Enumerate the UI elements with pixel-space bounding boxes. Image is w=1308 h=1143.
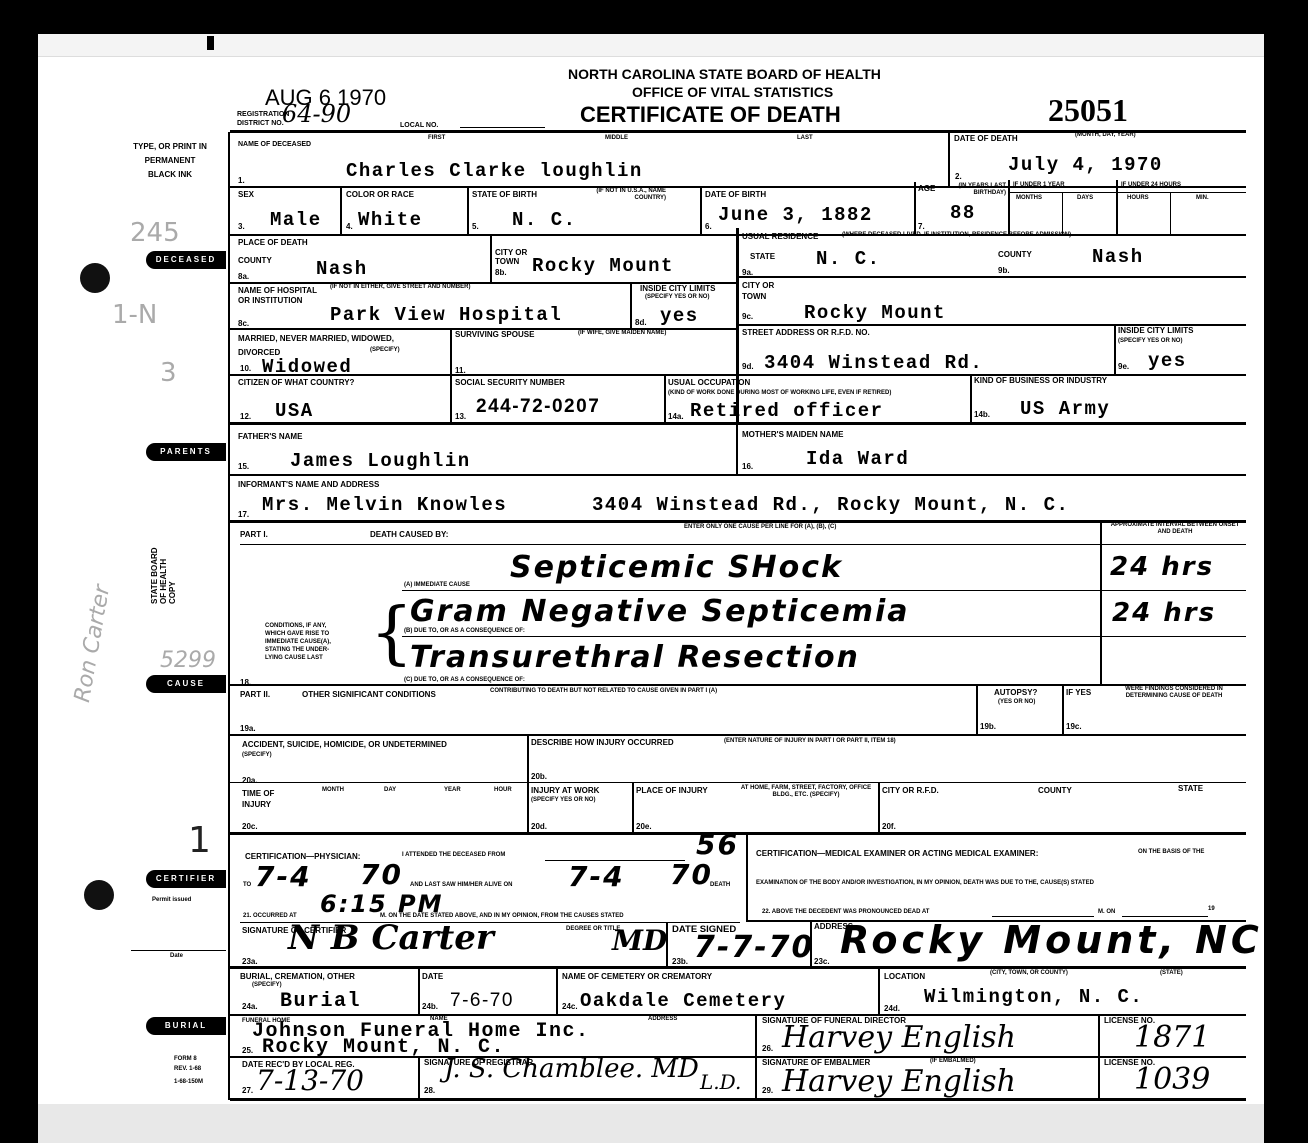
registrar-signature: J. S. Chamblee. MD [444, 1054, 699, 1084]
conditions-line: LYING CAUSE LAST [265, 654, 331, 662]
injury-county-label: COUNTY [1038, 786, 1072, 795]
mother-label: MOTHER'S MAIDEN NAME [742, 430, 843, 439]
cemetery-location: Wilmington, N. C. [924, 986, 1143, 1008]
industry-label: KIND OF BUSINESS OR INDUSTRY [974, 376, 1107, 385]
item-number: 16. [742, 462, 753, 471]
industry-value: US Army [1020, 398, 1110, 420]
conditions-line: WHICH GAVE RISE TO [265, 630, 331, 638]
res-city-label: CITY OR TOWN [742, 280, 782, 302]
item-number: 9d. [742, 362, 754, 371]
death-label: DEATH [710, 882, 730, 889]
attended-from-year: 56 [696, 828, 739, 861]
father-label: FATHER'S NAME [238, 432, 302, 441]
ink-instruction-line: BLACK INK [120, 168, 220, 182]
date-received: 7-13-70 [256, 1064, 364, 1097]
race-label: COLOR OR RACE [346, 190, 414, 199]
residence-city: Rocky Mount [804, 302, 946, 324]
other-conditions-label: OTHER SIGNIFICANT CONDITIONS [302, 690, 436, 699]
item-number: 25. [242, 1046, 253, 1055]
residence-county: Nash [1092, 246, 1144, 268]
age-label: AGE [918, 184, 935, 193]
row-line [402, 636, 1246, 637]
divider [700, 188, 702, 234]
cause-a: Septicemic SHock [510, 550, 843, 585]
row-line [230, 1014, 1246, 1016]
residence-street: 3404 Winstead Rd. [764, 352, 983, 374]
divider [490, 236, 492, 284]
ink-instruction-line: PERMANENT [120, 154, 220, 168]
item-number: 24b. [422, 1002, 438, 1011]
place-of-injury-hint: AT HOME, FARM, STREET, FACTORY, OFFICE B… [736, 785, 876, 799]
middle-label: MIDDLE [605, 135, 628, 142]
date-signed: 7-7-70 [694, 930, 814, 965]
cause-c: Transurethral Resection [410, 640, 860, 675]
row-line [1008, 192, 1246, 193]
divider [527, 734, 529, 834]
divider [746, 834, 748, 922]
divider [340, 188, 342, 234]
me-text-3: 22. ABOVE THE DECEDENT WAS PRONOUNCED DE… [762, 909, 929, 916]
time-col-hour: HOUR [494, 787, 512, 794]
cause-b: Gram Negative Septicemia [410, 594, 909, 629]
deceased-name: Charles Clarke loughlin [346, 160, 643, 182]
item-number: 23a. [242, 957, 258, 966]
divider [467, 188, 469, 234]
divider [948, 132, 950, 186]
autopsy-label: AUTOPSY? [994, 688, 1037, 697]
age-value: 88 [950, 202, 976, 224]
date-of-birth: June 3, 1882 [718, 204, 873, 226]
death-county: Nash [316, 258, 368, 280]
date-hint: (MONTH, DAY, YEAR) [1075, 132, 1136, 139]
permit-issued-label: Permit issued [152, 897, 191, 904]
interval-b: 24 hrs [1112, 598, 1216, 628]
city-label: CITY OR TOWN [495, 248, 535, 266]
pencil-note: 245 [130, 218, 180, 248]
tab-deceased: DECEASED [146, 251, 226, 269]
state-of-birth: N. C. [512, 209, 577, 231]
permit-date-line [131, 950, 226, 951]
item-number: 20d. [531, 822, 547, 831]
document-title: CERTIFICATE OF DEATH [580, 102, 841, 128]
item-number: 29. [762, 1086, 773, 1095]
item-number: 6. [705, 222, 712, 231]
cemetery-label: NAME OF CEMETERY OR CREMATORY [562, 972, 712, 981]
item-number: 19c. [1066, 722, 1082, 731]
item-number: 23c. [814, 957, 830, 966]
sex-label: SEX [238, 190, 254, 199]
item-number: 14b. [974, 410, 990, 419]
disposition-value: Burial [280, 990, 361, 1013]
divider [878, 782, 880, 834]
divider [736, 424, 738, 474]
page-edge-strip [38, 34, 1264, 57]
divider [1062, 684, 1064, 734]
location-hint: (CITY, TOWN, OR COUNTY) [990, 970, 1068, 977]
form-info: FORM 8 REV. 1-68 1-68-150M [174, 1054, 203, 1087]
item-number: 8c. [238, 319, 249, 328]
item-number: 7. [918, 222, 925, 231]
part2-label: PART II. [240, 690, 270, 699]
describe-injury-label: DESCRIBE HOW INJURY OCCURRED [531, 738, 674, 747]
page-bottom-edge [38, 1104, 1264, 1143]
item-number: 24a. [242, 1002, 258, 1011]
location-state-label: (STATE) [1160, 970, 1183, 977]
pencil-note: 1-N [112, 300, 157, 330]
tab-certifier: CERTIFIER [146, 870, 226, 888]
autopsy-hint: (YES OR NO) [998, 699, 1035, 706]
office-name: OFFICE OF VITAL STATISTICS [632, 84, 833, 100]
citizen-value: USA [275, 400, 314, 422]
attended-to-date: 7-4 [255, 860, 312, 893]
item-number: 8a. [238, 272, 249, 281]
describe-injury-hint: (ENTER NATURE OF INJURY IN PART I OR PAR… [724, 738, 896, 745]
item-number: 28. [424, 1086, 435, 1095]
last-saw-label: AND LAST SAW HIM/HER ALIVE ON [410, 882, 512, 889]
divider [1008, 180, 1010, 234]
certificate-number: 25051 [1048, 92, 1128, 129]
agency-name: NORTH CAROLINA STATE BOARD OF HEALTH [568, 66, 881, 82]
death-caused-by-label: DEATH CAUSED BY: [370, 530, 448, 539]
res-state-label: STATE [750, 252, 775, 261]
date-of-birth-label: DATE OF BIRTH [705, 190, 766, 199]
row-line [230, 684, 1246, 686]
informant-label: INFORMANT'S NAME AND ADDRESS [238, 480, 379, 489]
hospital-label: NAME OF HOSPITAL OR INSTITUTION [238, 286, 318, 306]
conditions-line: STATING THE UNDER- [265, 646, 331, 654]
min-label: MIN. [1196, 195, 1209, 202]
divider [1114, 324, 1116, 374]
local-no-label: LOCAL NO. [400, 122, 438, 129]
row-line [738, 276, 1246, 278]
interval-a: 24 hrs [1110, 552, 1214, 582]
date-of-death: July 4, 1970 [1008, 154, 1163, 176]
time-of-injury-label: TIME OF INJURY [242, 788, 282, 810]
divider [418, 1056, 420, 1100]
father-name: James Loughlin [290, 450, 471, 472]
occupation-hint: (KIND OF WORK DONE DURING MOST OF WORKIN… [668, 390, 948, 397]
divider [666, 922, 668, 968]
item-number: 20f. [882, 822, 896, 831]
race-value: White [358, 209, 423, 231]
under-one-year-label: IF UNDER 1 YEAR [1013, 182, 1065, 189]
divider [1062, 192, 1063, 234]
death-inside-city: yes [660, 305, 699, 327]
row-line [230, 186, 1246, 188]
cemetery-name: Oakdale Cemetery [580, 990, 786, 1012]
res-inside-city-label: INSIDE CITY LIMITS [1118, 326, 1193, 335]
punch-hole [84, 880, 114, 910]
item-number: 9e. [1118, 362, 1129, 371]
months-label: MONTHS [1016, 195, 1042, 202]
occupation-value: Retired officer [690, 400, 884, 422]
registrar-suffix: L.D. [700, 1070, 741, 1094]
ink-instruction-line: TYPE, OR PRINT IN [120, 140, 220, 154]
residence-hint: (WHERE DECEASED LIVED. IF INSTITUTION, R… [842, 232, 1071, 239]
accident-hint: (SPECIFY) [242, 752, 272, 759]
row-line [230, 1056, 1246, 1058]
last-label: LAST [797, 135, 813, 142]
item-number: 8d. [635, 318, 647, 327]
death-city: Rocky Mount [532, 255, 674, 277]
ssn-value: 244-72-0207 [476, 396, 600, 418]
section-line [230, 422, 1246, 425]
mother-name: Ida Ward [806, 448, 909, 470]
residence-inside-city: yes [1148, 350, 1187, 372]
informant-address: 3404 Winstead Rd., Rocky Mount, N. C. [592, 494, 1069, 516]
item-number: 13. [455, 412, 466, 421]
ink-instruction: TYPE, OR PRINT IN PERMANENT BLACK INK [120, 140, 220, 182]
state-copy-line: COPY [168, 547, 177, 604]
state-copy-line: STATE BOARD [150, 547, 159, 604]
hours-label: HOURS [1127, 195, 1149, 202]
item-number: 3. [238, 222, 245, 231]
me-text-2: EXAMINATION OF THE BODY AND/OR INVESTIGA… [756, 880, 1094, 887]
if-yes-label: IF YES [1066, 688, 1091, 697]
informant-name: Mrs. Melvin Knowles [262, 494, 507, 516]
spouse-label: SURVIVING SPOUSE [455, 330, 534, 339]
frame-left-line [228, 132, 230, 1100]
item-number: 5. [472, 222, 479, 231]
attended-to-year: 70 [360, 858, 403, 891]
fill-line [992, 916, 1094, 917]
item-number: 12. [240, 412, 251, 421]
divider [970, 374, 972, 422]
state-copy-line: OF HEALTH [159, 547, 168, 604]
occupation-label: USUAL OCCUPATION [668, 378, 750, 387]
certifier-signature: N B Carter [288, 918, 494, 958]
marital-hint: (SPECIFY) [370, 347, 400, 354]
item-number: 24d. [884, 1004, 900, 1013]
item-number: 8b. [495, 268, 507, 277]
county-label: COUNTY [238, 256, 272, 265]
form-info-line: 1-68-150M [174, 1077, 203, 1087]
disposition-hint: (SPECIFY) [252, 982, 282, 989]
me-text-1: ON THE BASIS OF THE [1138, 849, 1204, 856]
me-cert-label: CERTIFICATION—MEDICAL EXAMINER OR ACTING… [756, 849, 1038, 858]
place-of-death-label: PLACE OF DEATH [238, 238, 308, 247]
director-signature: Harvey English [782, 1020, 1016, 1055]
immediate-cause-label: (a) IMMEDIATE CAUSE [404, 582, 470, 589]
other-conditions-hint: CONTRIBUTING TO DEATH BUT NOT RELATED TO… [490, 688, 717, 695]
conditions-line: CONDITIONS, IF ANY, [265, 622, 331, 630]
part1-label: PART I. [240, 530, 268, 539]
hospital-hint: (IF NOT IN EITHER, GIVE STREET AND NUMBE… [330, 284, 470, 291]
item-number: 9b. [998, 266, 1010, 275]
certifier-degree: MD [612, 924, 667, 957]
due-to-b-label: (b) DUE TO, OR AS A CONSEQUENCE OF: [404, 628, 525, 635]
divider [810, 920, 812, 968]
page-notch [207, 36, 214, 50]
local-no-line [460, 127, 545, 128]
date-of-death-label: DATE OF DEATH [954, 134, 1018, 143]
certifier-address: Rocky Mount, NC [840, 918, 1263, 962]
item-number: 20c. [242, 822, 258, 831]
under-24-hours-label: IF UNDER 24 HOURS [1121, 182, 1181, 189]
item-number: 9c. [742, 312, 753, 321]
item-number: 24c. [562, 1002, 578, 1011]
res-county-label: COUNTY [998, 250, 1032, 259]
injury-at-work-hint: (SPECIFY YES OR NO) [531, 797, 595, 804]
item-number: 14a. [668, 412, 684, 421]
last-saw-date: 7-4 [568, 860, 625, 893]
funeral-home-address-label: ADDRESS [648, 1016, 677, 1023]
pencil-note: 3 [160, 358, 177, 388]
time-col-month: MONTH [322, 787, 344, 794]
divider [418, 968, 420, 1016]
state-of-birth-hint: (IF NOT IN U.S.A., NAME COUNTRY) [566, 188, 666, 202]
frame-bottom-line [230, 1098, 1246, 1101]
divider [914, 182, 916, 234]
item-number: 20e. [636, 822, 652, 831]
form-info-line: REV. 1-68 [174, 1064, 203, 1074]
district-number: 64-90 [282, 100, 351, 128]
inside-city-hint: (SPECIFY YES OR NO) [645, 294, 709, 301]
accident-label: ACCIDENT, SUICIDE, HOMICIDE, OR UNDETERM… [242, 740, 447, 749]
last-saw-year: 70 [670, 858, 713, 891]
divider [878, 968, 880, 1016]
item-number: 10. [240, 364, 251, 373]
embalmer-signature: Harvey English [782, 1064, 1016, 1099]
due-to-c-label: (c) DUE TO, OR AS A CONSEQUENCE OF: [404, 677, 525, 684]
citizen-label: CITIZEN OF WHAT COUNTRY? [238, 378, 354, 387]
divider [976, 684, 978, 734]
item-number: 19b. [980, 722, 996, 731]
me-19: 19 [1208, 906, 1215, 913]
street-label: STREET ADDRESS OR R.F.D. No. [742, 328, 870, 337]
attended-from-label: I ATTENDED THE DECEASED FROM [402, 852, 505, 859]
item-number: 26. [762, 1044, 773, 1053]
time-col-day: DAY [384, 787, 396, 794]
permit-date-label: Date [170, 953, 183, 960]
findings-label: WERE FINDINGS CONSIDERED IN DETERMINING … [1104, 686, 1244, 700]
tab-cause: CAUSE [146, 675, 226, 693]
item-number: 23b. [672, 957, 688, 966]
residence-label: USUAL RESIDENCE [742, 232, 818, 241]
divider [1116, 180, 1118, 234]
item-number: 2. [955, 172, 962, 181]
residence-state: N. C. [816, 248, 881, 270]
tab-parents: PARENTS [146, 443, 226, 461]
location-label: LOCATION [884, 972, 925, 981]
district-label: DISTRICT NO. [237, 120, 284, 127]
item-number: 15. [238, 462, 249, 471]
item-number: 19a. [240, 724, 256, 733]
inside-city-label: INSIDE CITY LIMITS [640, 284, 715, 293]
first-label: FIRST [428, 135, 445, 142]
me-m-on: M. ON [1098, 909, 1115, 916]
interval-label: APPROXIMATE INTERVAL BETWEEN ONSET AND D… [1110, 522, 1240, 536]
item-number: 17. [238, 510, 249, 519]
row-line [230, 782, 1246, 783]
row-line [230, 474, 1246, 476]
ink-mark: 1 [188, 820, 211, 861]
age-hint: (IN YEARS LAST BIRTHDAY) [944, 183, 1006, 197]
director-license: 1871 [1134, 1020, 1210, 1055]
time-col-year: YEAR [444, 787, 461, 794]
hospital-name: Park View Hospital [330, 304, 562, 326]
disposition-label: BURIAL, CREMATION, OTHER [240, 972, 355, 981]
spouse-hint: (IF WIFE, GIVE MAIDEN NAME) [578, 330, 666, 337]
item-number: 20b. [531, 772, 547, 781]
burial-date-label: DATE [422, 972, 443, 981]
row-line [230, 734, 1246, 736]
ssn-label: SOCIAL SECURITY NUMBER [455, 378, 565, 387]
injury-state-label: STATE [1178, 784, 1203, 793]
item-number: 20a. [242, 776, 258, 785]
item-number: 1. [238, 176, 245, 185]
days-label: DAYS [1077, 195, 1093, 202]
fill-line [1122, 916, 1208, 917]
place-of-injury-label: PLACE OF INJURY [636, 786, 708, 795]
state-of-birth-label: STATE OF BIRTH [472, 190, 537, 199]
sex-value: Male [270, 209, 322, 231]
conditions-brace: { [370, 600, 413, 668]
row-line [402, 590, 1246, 591]
injury-at-work-label: INJURY AT WORK [531, 786, 599, 795]
pencil-note: 5299 [160, 648, 216, 673]
divider [664, 374, 666, 422]
punch-hole [80, 263, 110, 293]
row-line [240, 544, 1246, 545]
tab-burial: BURIAL [146, 1017, 226, 1035]
divider [1170, 192, 1171, 234]
one-cause-instruction: ENTER ONLY ONE CAUSE PER LINE FOR (a), (… [684, 524, 836, 531]
city-rfd-label: CITY OR R.F.D. [882, 786, 939, 795]
divider [630, 282, 632, 330]
item-number: 4. [346, 222, 353, 231]
divider [632, 782, 634, 834]
name-label: NAME OF DECEASED [238, 140, 311, 149]
section-line [230, 966, 1246, 969]
conditions-line: IMMEDIATE CAUSE(a), [265, 638, 331, 646]
state-copy-label: STATE BOARD OF HEALTH COPY [150, 547, 177, 604]
to-label: TO [243, 882, 251, 889]
item-number: 27. [242, 1086, 253, 1095]
burial-date: 7-6-70 [450, 990, 514, 1012]
embalmer-license: 1039 [1134, 1062, 1210, 1097]
conditions-label: CONDITIONS, IF ANY, WHICH GAVE RISE TO I… [265, 622, 331, 662]
form-info-line: FORM 8 [174, 1054, 203, 1064]
res-inside-city-hint: (SPECIFY YES OR NO) [1118, 338, 1182, 345]
section-line [230, 520, 1246, 523]
divider [556, 968, 558, 1016]
